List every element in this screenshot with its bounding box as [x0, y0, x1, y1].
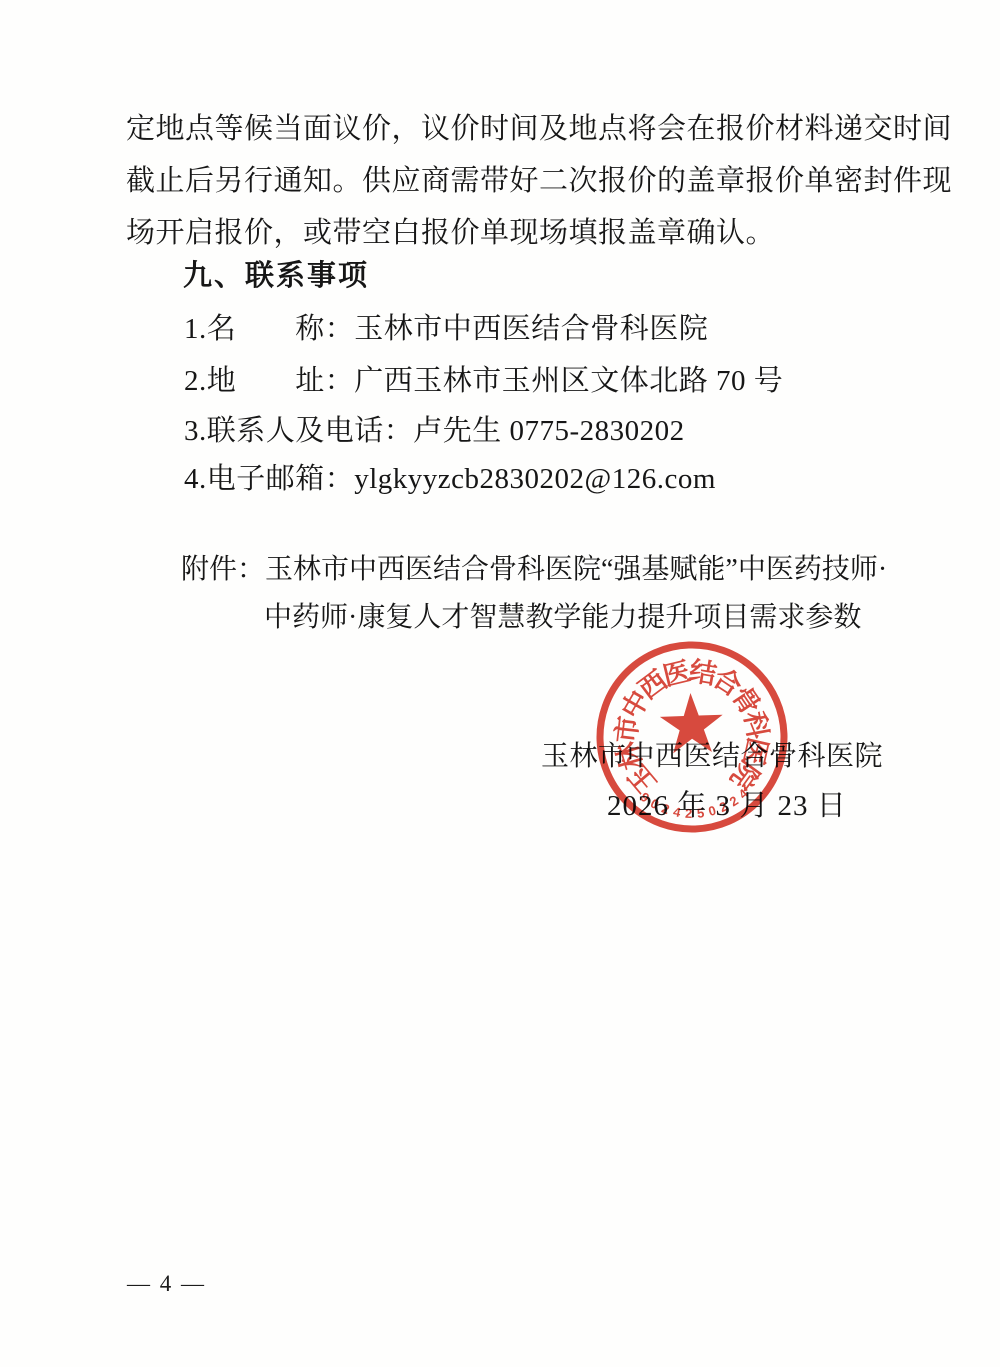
svg-text:0: 0 — [648, 796, 662, 813]
attachment-line-2: 中药师·康复人才智慧教学能力提升项目需求参数 — [264, 601, 861, 635]
attachment-line-1: 附件：玉林市中西医结合骨科医院“强基赋能”中医药技师· — [181, 553, 887, 587]
body-paragraph-line-1: 定地点等候当面议价，议价时间及地点将会在报价材料递交时间 — [126, 112, 952, 147]
svg-text:0: 0 — [707, 803, 718, 819]
official-seal: 玉林市中西医结合骨科医院 9024250224 — [589, 634, 796, 841]
page-number: — 4 — — [127, 1270, 206, 1298]
svg-text:2: 2 — [717, 798, 730, 815]
contact-item-phone: 3.联系人及电话：卢先生 0775-2830202 — [184, 414, 685, 449]
svg-text:2: 2 — [685, 806, 693, 821]
svg-text:2: 2 — [660, 800, 672, 817]
contact-item-name: 1.名 称：玉林市中西医结合骨科医院 — [184, 312, 708, 347]
contact-item-address: 2.地 址：广西玉林市玉州区文体北路 70 号 — [184, 364, 783, 399]
svg-text:5: 5 — [696, 805, 705, 821]
body-paragraph-line-2: 截止后另行通知。供应商需带好二次报价的盖章报价单密封件现 — [126, 164, 952, 199]
seal-star-icon — [659, 692, 724, 754]
document-page: 定地点等候当面议价，议价时间及地点将会在报价材料递交时间 截止后另行通知。供应商… — [0, 0, 1000, 1367]
body-paragraph-line-3: 场开启报价，或带空白报价单现场填报盖章确认。 — [126, 216, 775, 251]
svg-text:4: 4 — [672, 804, 683, 820]
section-heading: 九、联系事项 — [183, 259, 369, 294]
contact-item-email: 4.电子邮箱：ylgkyyzcb2830202@126.com — [184, 462, 716, 497]
